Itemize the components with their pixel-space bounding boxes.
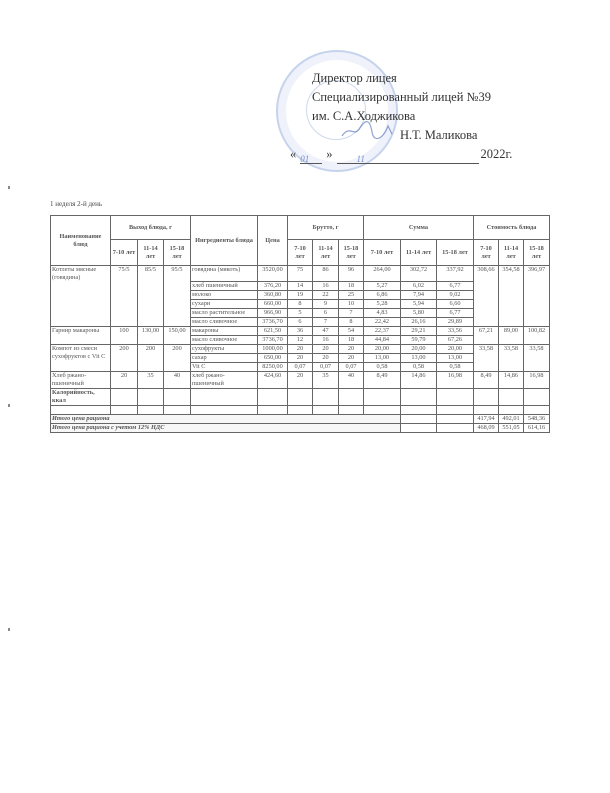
ingredient-name: масло сливочное xyxy=(191,318,258,327)
ingredient-sum: 4,83 xyxy=(364,309,401,318)
ingredient-sum: 26,16 xyxy=(401,318,437,327)
empty-row xyxy=(51,406,550,415)
empty-cell xyxy=(339,389,364,406)
date-open-quote: « xyxy=(290,145,296,164)
ingredient-name: говядина (мякоть) xyxy=(191,266,258,282)
dish-cost: 14,86 xyxy=(499,372,524,389)
empty-cell xyxy=(111,389,138,406)
table-row: Гарнир макароны100130,00150,00макароны62… xyxy=(51,327,550,336)
ingredient-brutto: 18 xyxy=(339,282,364,291)
dish-name: Гарнир макароны xyxy=(51,327,111,345)
ingredient-brutto: 19 xyxy=(288,291,313,300)
ingredient-sum: 22,37 xyxy=(364,327,401,336)
empty-cell xyxy=(164,406,191,415)
ingredient-brutto: 20 xyxy=(288,345,313,354)
ingredient-price: 3736,70 xyxy=(258,336,288,345)
header-sum: Сумма xyxy=(364,216,474,240)
ingredient-brutto: 40 xyxy=(339,372,364,389)
ingredient-brutto: 22 xyxy=(313,291,339,300)
dish-cost: 308,66 xyxy=(474,266,499,327)
header-sum-age-2: 15-18 лет xyxy=(437,240,474,266)
ingredient-brutto: 0,07 xyxy=(339,363,364,372)
ingredient-sum: 13,00 xyxy=(401,354,437,363)
ingredient-brutto: 16 xyxy=(313,336,339,345)
ingredient-sum: 6,02 xyxy=(401,282,437,291)
date-year: 2022г. xyxy=(481,145,513,164)
empty-cell xyxy=(111,406,138,415)
header-cost-age-0: 7-10 лет xyxy=(474,240,499,266)
total-value: 492,01 xyxy=(499,415,524,424)
empty-cell xyxy=(258,389,288,406)
ingredient-price: 424,60 xyxy=(258,372,288,389)
ingredient-sum: 9,02 xyxy=(437,291,474,300)
empty-cell xyxy=(524,389,550,406)
scan-mark xyxy=(8,628,10,631)
ingredient-brutto: 75 xyxy=(288,266,313,282)
ingredient-brutto: 36 xyxy=(288,327,313,336)
ingredient-sum: 264,00 xyxy=(364,266,401,282)
ingredient-name: масло растительное xyxy=(191,309,258,318)
approval-block: Директор лицея Специализированный лицей … xyxy=(312,69,512,164)
header-ingredients: Ингредиенты блюда xyxy=(191,216,258,266)
ingredient-price: 3736,70 xyxy=(258,318,288,327)
dish-cost: 16,98 xyxy=(524,372,550,389)
ingredient-brutto: 8 xyxy=(339,318,364,327)
dish-yield: 95/5 xyxy=(164,266,191,327)
ingredient-price: 360,80 xyxy=(258,291,288,300)
ingredient-brutto: 12 xyxy=(288,336,313,345)
total-value: 551,05 xyxy=(499,424,524,433)
ingredient-brutto: 47 xyxy=(313,327,339,336)
header-sum-age-0: 7-10 лет xyxy=(364,240,401,266)
dish-yield: 20 xyxy=(111,372,138,389)
ingredient-sum: 302,72 xyxy=(401,266,437,282)
ingredient-price: 966,90 xyxy=(258,309,288,318)
empty-cell xyxy=(437,424,474,433)
ingredient-sum: 6,77 xyxy=(437,309,474,318)
ingredient-sum: 67,26 xyxy=(437,336,474,345)
ingredient-name: хлеб ржано-пшеничный xyxy=(191,372,258,389)
ingredient-sum: 20,00 xyxy=(401,345,437,354)
ingredient-brutto: 10 xyxy=(339,300,364,309)
ingredient-sum: 0,58 xyxy=(437,363,474,372)
ingredient-price: 650,00 xyxy=(258,354,288,363)
total-value: 614,16 xyxy=(524,424,550,433)
ingredient-sum: 20,00 xyxy=(437,345,474,354)
dish-yield: 75/5 xyxy=(111,266,138,327)
ingredient-price: 3520,00 xyxy=(258,266,288,282)
ingredient-brutto: 5 xyxy=(288,309,313,318)
empty-cell xyxy=(313,406,339,415)
ingredient-brutto: 20 xyxy=(313,354,339,363)
total-label: Итого цена рациона xyxy=(51,415,401,424)
ingredient-sum: 29,89 xyxy=(437,318,474,327)
calories-row: Калорийность, ккал xyxy=(51,389,550,406)
ingredient-brutto: 6 xyxy=(313,309,339,318)
approval-org: Специализированный лицей №39 xyxy=(312,88,512,107)
total-value: 417,94 xyxy=(474,415,499,424)
ingredient-brutto: 18 xyxy=(339,336,364,345)
dish-cost: 354,58 xyxy=(499,266,524,327)
table-row: Котлеты мясные (говядина)75/585/595/5гов… xyxy=(51,266,550,282)
table-row: Хлеб ржано-пшеничный203540хлеб ржано-пше… xyxy=(51,372,550,389)
ingredient-sum: 16,98 xyxy=(437,372,474,389)
ingredient-sum: 20,00 xyxy=(364,345,401,354)
ingredient-brutto: 14 xyxy=(288,282,313,291)
dish-name: Котлеты мясные (говядина) xyxy=(51,266,111,327)
header-cost-age-2: 15-18 лет xyxy=(524,240,550,266)
empty-cell xyxy=(364,406,401,415)
dish-cost: 67,21 xyxy=(474,327,499,345)
empty-cell xyxy=(258,406,288,415)
ingredient-sum: 13,00 xyxy=(364,354,401,363)
ingredient-brutto: 0,07 xyxy=(288,363,313,372)
dish-yield: 40 xyxy=(164,372,191,389)
ingredient-sum: 5,28 xyxy=(364,300,401,309)
ingredient-sum: 8,49 xyxy=(364,372,401,389)
date-day: 01 xyxy=(300,149,322,164)
dish-yield: 85/5 xyxy=(138,266,164,327)
ingredient-name: Vit C xyxy=(191,363,258,372)
total-label: Итого цена рациона с учетом 12% НДС xyxy=(51,424,401,433)
empty-cell xyxy=(499,389,524,406)
ingredient-sum: 44,84 xyxy=(364,336,401,345)
ingredient-sum: 6,60 xyxy=(437,300,474,309)
ingredient-brutto: 20 xyxy=(339,345,364,354)
dish-cost: 33,58 xyxy=(499,345,524,372)
ingredient-brutto: 86 xyxy=(313,266,339,282)
approval-named: им. С.А.Ходжикова xyxy=(312,107,512,126)
ingredient-brutto: 6 xyxy=(288,318,313,327)
empty-cell xyxy=(364,389,401,406)
ingredient-name: масло сливочное xyxy=(191,336,258,345)
ingredient-name: сухофрукты xyxy=(191,345,258,354)
empty-cell xyxy=(138,406,164,415)
dish-cost: 89,00 xyxy=(499,327,524,345)
ingredient-brutto: 35 xyxy=(313,372,339,389)
approval-title: Директор лицея xyxy=(312,69,512,88)
week-label: 1 неделя 2-й день xyxy=(50,200,102,208)
ingredient-brutto: 7 xyxy=(339,309,364,318)
dish-cost: 33,58 xyxy=(474,345,499,372)
ingredient-sum: 13,00 xyxy=(437,354,474,363)
ingredient-sum: 6,86 xyxy=(364,291,401,300)
ingredient-brutto: 0,07 xyxy=(313,363,339,372)
scan-mark xyxy=(8,404,10,407)
dish-yield: 200 xyxy=(138,345,164,372)
empty-cell xyxy=(339,406,364,415)
header-sum-age-1: 11-14 лет xyxy=(401,240,437,266)
date-close-quote: » xyxy=(326,145,332,164)
dish-name: Хлеб ржано-пшеничный xyxy=(51,372,111,389)
ingredient-sum: 14,86 xyxy=(401,372,437,389)
ingredient-sum: 22,42 xyxy=(364,318,401,327)
ingredient-brutto: 20 xyxy=(288,372,313,389)
total-row: Итого цена рациона с учетом 12% НДС468,0… xyxy=(51,424,550,433)
empty-cell xyxy=(437,415,474,424)
ingredient-sum: 7,94 xyxy=(401,291,437,300)
ingredient-price: 660,00 xyxy=(258,300,288,309)
ingredient-price: 8250,00 xyxy=(258,363,288,372)
empty-cell xyxy=(401,415,437,424)
empty-cell xyxy=(474,406,499,415)
ingredient-brutto: 20 xyxy=(339,354,364,363)
approval-date: « 01 » 11 2022г. xyxy=(290,145,512,164)
ingredient-brutto: 20 xyxy=(288,354,313,363)
date-month: 11 xyxy=(337,149,479,164)
dish-cost: 396,97 xyxy=(524,266,550,327)
ingredient-price: 1000,00 xyxy=(258,345,288,354)
ingredient-name: макароны xyxy=(191,327,258,336)
dish-name: Компот из смеси сухофруктов с Vit C xyxy=(51,345,111,372)
header-brutto: Брутто, г xyxy=(288,216,364,240)
dish-yield: 200 xyxy=(111,345,138,372)
ingredient-price: 376,20 xyxy=(258,282,288,291)
empty-cell xyxy=(313,389,339,406)
total-value: 548,36 xyxy=(524,415,550,424)
total-row: Итого цена рациона417,94492,01548,36 xyxy=(51,415,550,424)
ingredient-brutto: 25 xyxy=(339,291,364,300)
header-yield-age-0: 7-10 лет xyxy=(111,240,138,266)
empty-cell xyxy=(499,406,524,415)
header-yield: Выход блюда, г xyxy=(111,216,191,240)
ingredient-sum: 337,92 xyxy=(437,266,474,282)
dish-yield: 130,00 xyxy=(138,327,164,345)
ingredient-sum: 5,80 xyxy=(401,309,437,318)
ingredient-sum: 0,58 xyxy=(364,363,401,372)
ingredient-sum: 6,77 xyxy=(437,282,474,291)
scan-mark xyxy=(8,186,10,189)
ingredient-brutto: 8 xyxy=(288,300,313,309)
header-brutto-age-0: 7-10 лет xyxy=(288,240,313,266)
ingredient-price: 621,50 xyxy=(258,327,288,336)
dish-cost: 33,58 xyxy=(524,345,550,372)
ingredient-sum: 5,27 xyxy=(364,282,401,291)
empty-cell xyxy=(191,406,258,415)
empty-cell xyxy=(401,389,437,406)
header-yield-age-2: 15-18 лет xyxy=(164,240,191,266)
ingredient-name: молоко xyxy=(191,291,258,300)
dish-cost: 100,82 xyxy=(524,327,550,345)
dish-yield: 100 xyxy=(111,327,138,345)
ingredient-brutto: 7 xyxy=(313,318,339,327)
empty-cell xyxy=(51,406,111,415)
empty-cell xyxy=(288,406,313,415)
table-row: Компот из смеси сухофруктов с Vit C20020… xyxy=(51,345,550,354)
empty-cell xyxy=(138,389,164,406)
ingredient-name: сахар xyxy=(191,354,258,363)
dish-yield: 200 xyxy=(164,345,191,372)
approval-signer: Н.Т. Маликова xyxy=(312,126,512,145)
header-cost-age-1: 11-14 лет xyxy=(499,240,524,266)
calories-label: Калорийность, ккал xyxy=(51,389,111,406)
ingredient-brutto: 9 xyxy=(313,300,339,309)
empty-cell xyxy=(524,406,550,415)
ingredient-sum: 29,21 xyxy=(401,327,437,336)
empty-cell xyxy=(401,424,437,433)
ingredient-brutto: 54 xyxy=(339,327,364,336)
header-cost: Стоимость блюда xyxy=(474,216,550,240)
dish-yield: 150,00 xyxy=(164,327,191,345)
ingredient-name: сухари xyxy=(191,300,258,309)
empty-cell xyxy=(401,406,437,415)
header-dish-name: Наименование блюд xyxy=(51,216,111,266)
header-brutto-age-2: 15-18 лет xyxy=(339,240,364,266)
ingredient-brutto: 20 xyxy=(313,345,339,354)
header-price: Цена xyxy=(258,216,288,266)
empty-cell xyxy=(474,389,499,406)
empty-cell xyxy=(191,389,258,406)
ingredient-name: хлеб пшеничный xyxy=(191,282,258,291)
ingredient-sum: 59,79 xyxy=(401,336,437,345)
empty-cell xyxy=(288,389,313,406)
ingredient-brutto: 96 xyxy=(339,266,364,282)
menu-table: Наименование блюд Выход блюда, г Ингреди… xyxy=(50,215,550,433)
ingredient-sum: 0,58 xyxy=(401,363,437,372)
dish-yield: 35 xyxy=(138,372,164,389)
ingredient-sum: 33,56 xyxy=(437,327,474,336)
header-brutto-age-1: 11-14 лет xyxy=(313,240,339,266)
empty-cell xyxy=(437,389,474,406)
dish-cost: 8,49 xyxy=(474,372,499,389)
total-value: 468,09 xyxy=(474,424,499,433)
ingredient-brutto: 16 xyxy=(313,282,339,291)
empty-cell xyxy=(164,389,191,406)
header-yield-age-1: 11-14 лет xyxy=(138,240,164,266)
ingredient-sum: 5,94 xyxy=(401,300,437,309)
empty-cell xyxy=(437,406,474,415)
